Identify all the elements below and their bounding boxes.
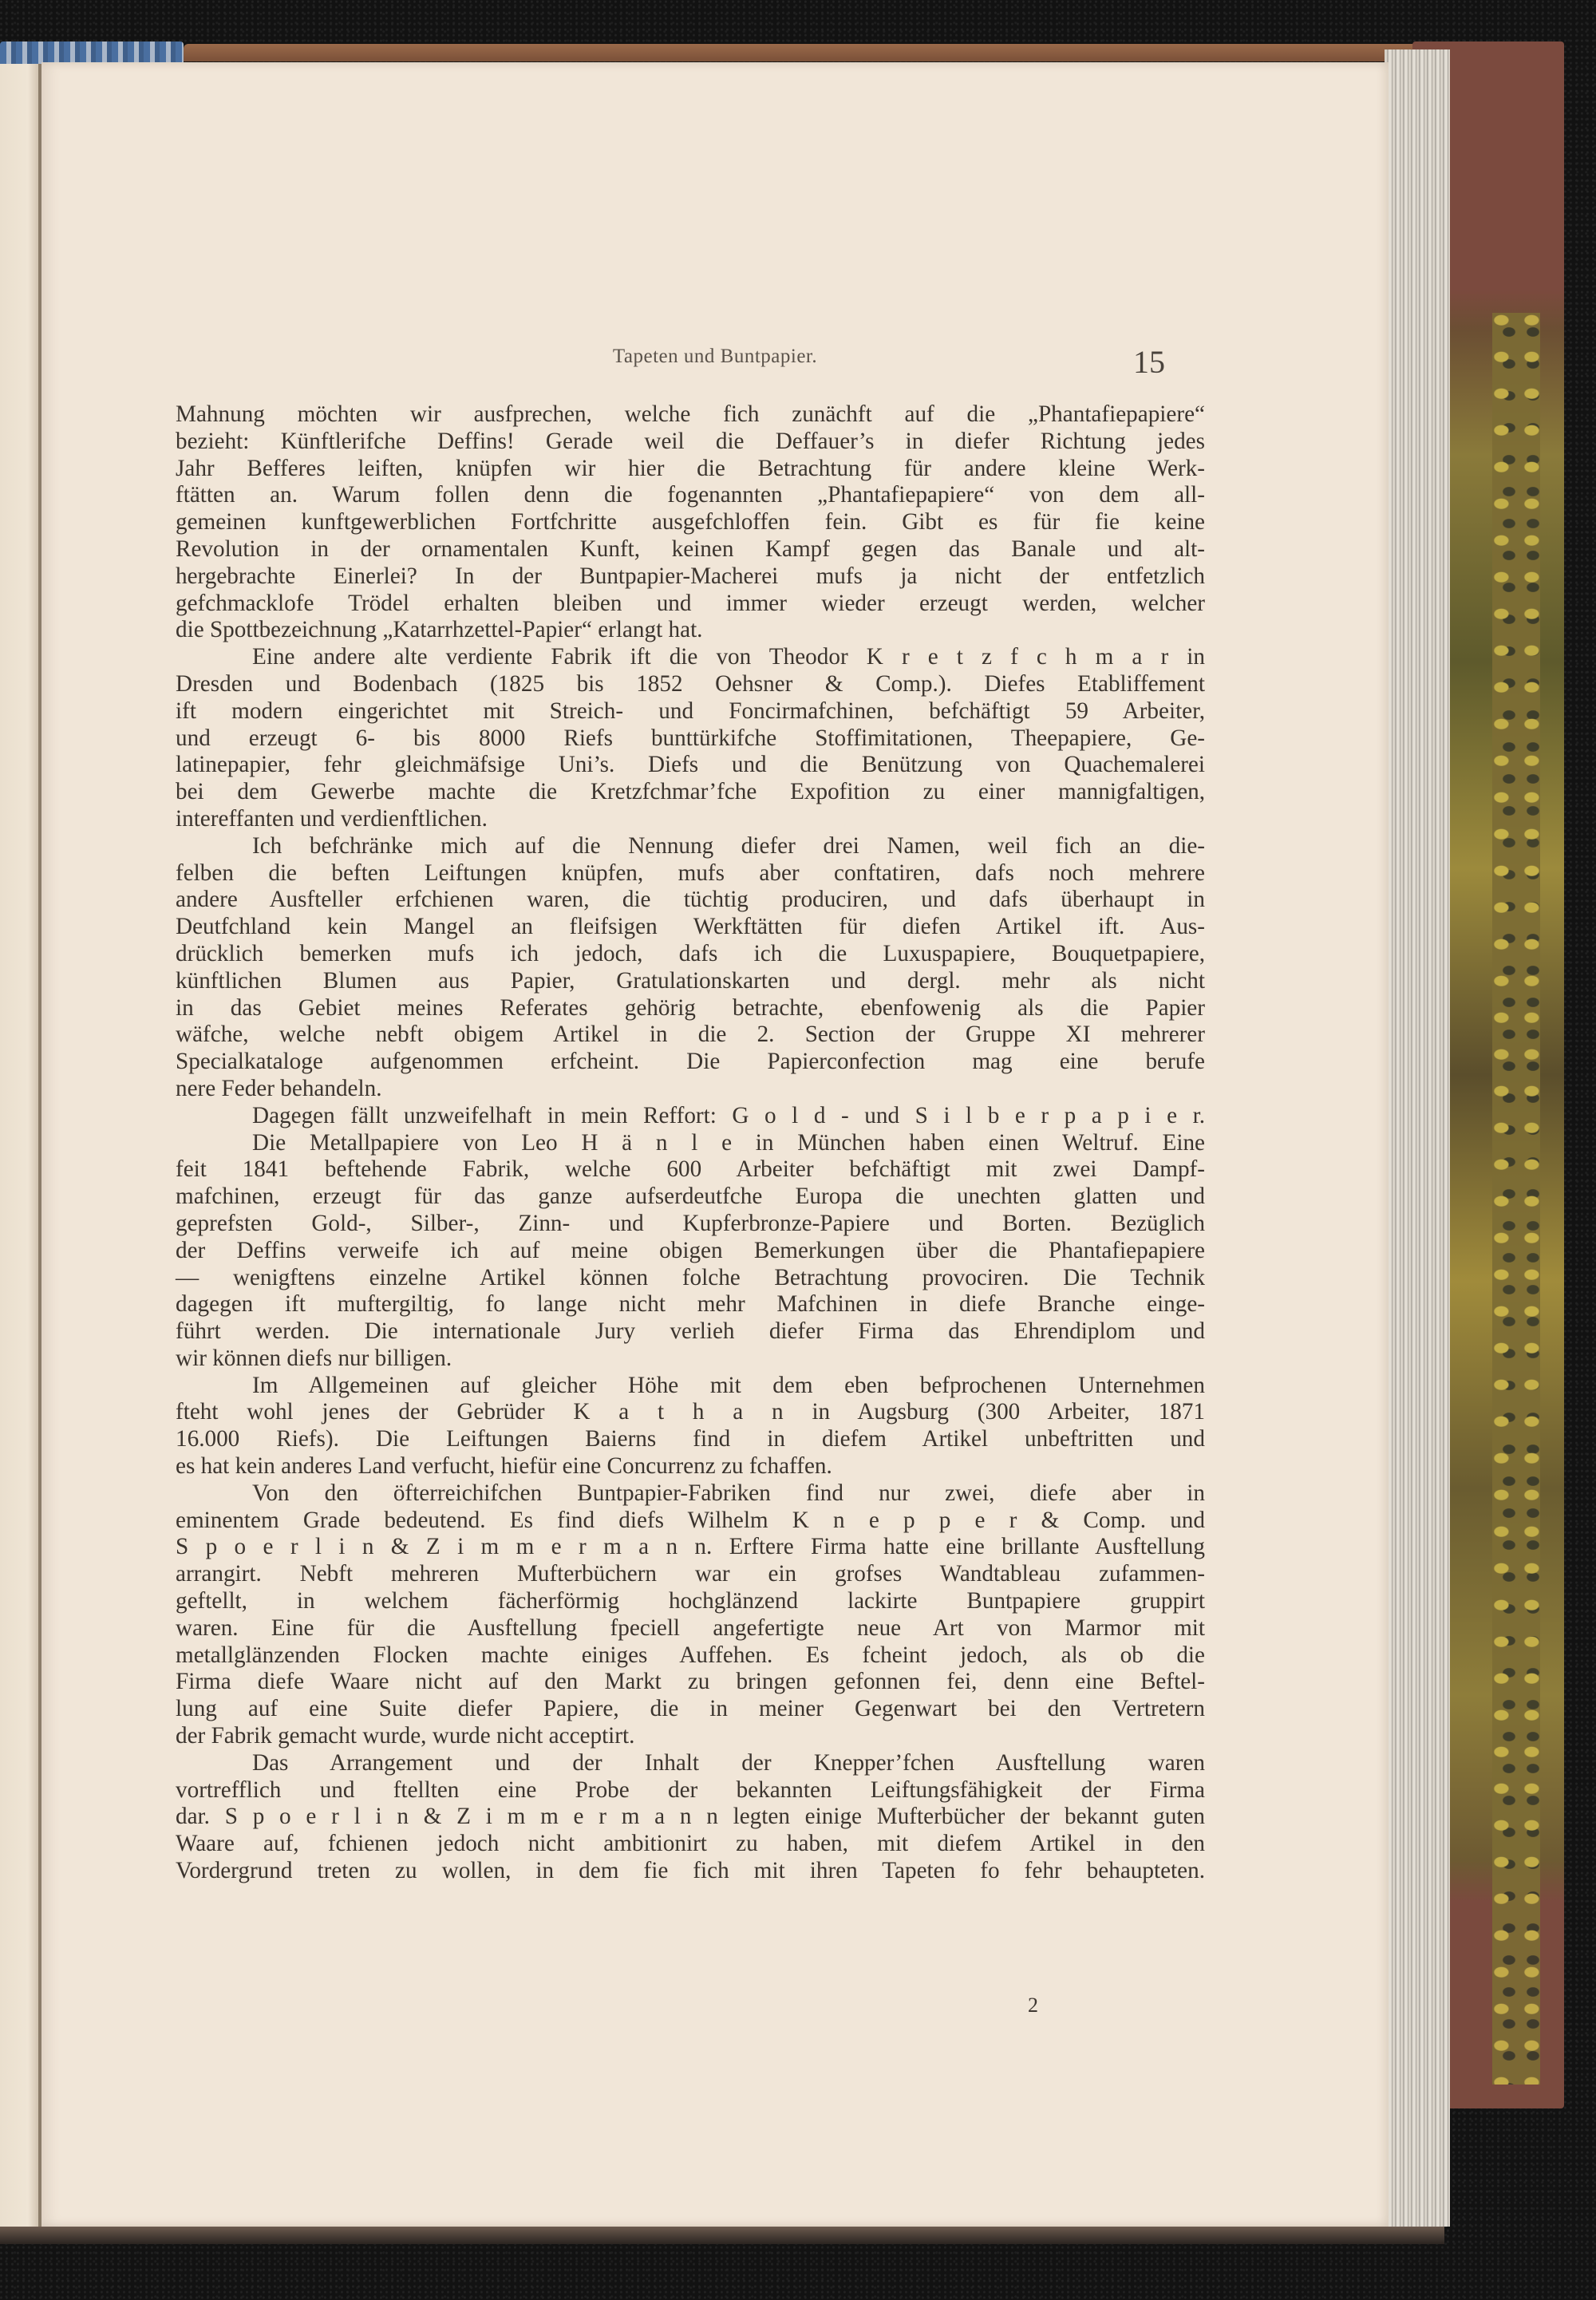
text-line: der Fabrik gemacht wurde, wurde nicht ac… xyxy=(176,1723,1205,1750)
text-line: künftlichen Blumen aus Papier, Gratulati… xyxy=(176,968,1205,995)
text-line: drücklich bemerken mufs ich jedoch, dafs… xyxy=(176,941,1205,968)
text-line: nere Feder behandeln. xyxy=(176,1076,1205,1103)
marbled-pattern xyxy=(1492,313,1540,2085)
text-line: arrangirt. Nebft mehreren Mufterbüchern … xyxy=(176,1561,1205,1588)
text-line: Deutfchland kein Mangel an fleifsigen We… xyxy=(176,914,1205,941)
text-line: ift modern eingerichtet mit Streich- und… xyxy=(176,698,1205,725)
text-line: ftätten an. Warum follen denn die fogena… xyxy=(176,482,1205,509)
text-line: wir können diefs nur billigen. xyxy=(176,1346,1205,1373)
text-line: latinepapier, fehr gleichmäfsige Uni’s. … xyxy=(176,752,1205,779)
text-line: Ich befchränke mich auf die Nennung dief… xyxy=(176,833,1205,860)
text-line: fteht wohl jenes der Gebrüder K a t h a … xyxy=(176,1399,1205,1426)
text-line: dar. S p o e r l i n & Z i m m e r m a n… xyxy=(176,1804,1205,1831)
text-line: mafchinen, erzeugt für das ganze aufserd… xyxy=(176,1184,1205,1211)
signature-mark: 2 xyxy=(1028,1994,1038,2017)
text-line: Dagegen fällt unzweifelhaft in mein Reff… xyxy=(176,1103,1205,1130)
text-line: der Deffins verweife ich auf meine obige… xyxy=(176,1238,1205,1265)
text-line: Jahr Befferes leiften, knüpfen wir hier … xyxy=(176,456,1205,483)
text-line: metallglänzenden Flocken machte einiges … xyxy=(176,1642,1205,1670)
text-line: lung auf eine Suite diefer Papiere, die … xyxy=(176,1696,1205,1723)
text-line: geprefsten Gold-, Silber-, Zinn- und Kup… xyxy=(176,1211,1205,1238)
text-line: Eine andere alte verdiente Fabrik ift di… xyxy=(176,644,1205,671)
running-head: Tapeten und Buntpapier. xyxy=(41,346,1389,368)
text-line: 16.000 Riefs). Die Leiftungen Baierns fi… xyxy=(176,1426,1205,1453)
text-line: feit 1841 beftehende Fabrik, welche 600 … xyxy=(176,1156,1205,1184)
text-line: Specialkataloge aufgenommen erfcheint. D… xyxy=(176,1049,1205,1076)
body-text: Mahnung möchten wir ausfprechen, welche … xyxy=(176,401,1205,1885)
left-facing-page xyxy=(0,64,40,2227)
text-line: die Spottbezeichnung „Katarrhzettel-Papi… xyxy=(176,617,1205,644)
text-line: geftellt, in welchem fächerförmig hochgl… xyxy=(176,1588,1205,1615)
text-line: Die Metallpapiere von Leo H ä n l e in M… xyxy=(176,1130,1205,1157)
text-line: wäfche, welche nebft obigem Artikel in d… xyxy=(176,1022,1205,1049)
text-line: Dresden und Bodenbach (1825 bis 1852 Oeh… xyxy=(176,671,1205,698)
book-page: Tapeten und Buntpapier. 15 Mahnung möcht… xyxy=(41,62,1389,2227)
text-line: intereffanten und verdienftlichen. xyxy=(176,806,1205,833)
bottom-cover-band xyxy=(0,2227,1444,2244)
text-line: gemeinen kunftgewerblichen Fortfchritte … xyxy=(176,509,1205,536)
top-cover-band xyxy=(184,44,1428,61)
text-line: Firma diefe Waare nicht auf den Markt zu… xyxy=(176,1669,1205,1696)
text-line: eminentem Grade bedeutend. Es find diefs… xyxy=(176,1508,1205,1535)
text-line: felben die beften Leiftungen knüpfen, mu… xyxy=(176,860,1205,887)
text-line: und erzeugt 6- bis 8000 Riefs bunttürkif… xyxy=(176,725,1205,753)
text-line: S p o e r l i n & Z i m m e r m a n n. E… xyxy=(176,1534,1205,1561)
text-line: Vordergrund treten zu wollen, in dem fie… xyxy=(176,1858,1205,1885)
text-line: es hat kein anderes Land verfucht, hiefü… xyxy=(176,1453,1205,1480)
text-line: Das Arrangement und der Inhalt der Knepp… xyxy=(176,1750,1205,1777)
page-number: 15 xyxy=(1133,343,1165,381)
text-line: Im Allgemeinen auf gleicher Höhe mit dem… xyxy=(176,1373,1205,1400)
page-block-edges xyxy=(1385,49,1450,2227)
text-line: gefchmacklofe Trödel erhalten bleiben un… xyxy=(176,591,1205,618)
text-line: in das Gebiet meines Referates gehörig b… xyxy=(176,995,1205,1022)
text-line: Revolution in der ornamentalen Kunft, ke… xyxy=(176,536,1205,563)
text-line: waren. Eine für die Ausftellung fpeciell… xyxy=(176,1615,1205,1642)
text-line: Waare auf, fchienen jedoch nicht ambitio… xyxy=(176,1831,1205,1858)
text-line: führt werden. Die internationale Jury ve… xyxy=(176,1318,1205,1346)
text-line: bezieht: Künftlerifche Deffins! Gerade w… xyxy=(176,429,1205,456)
text-line: vortrefflich und ftellten eine Probe der… xyxy=(176,1777,1205,1804)
text-line: andere Ausfteller erfchienen waren, die … xyxy=(176,887,1205,914)
text-line: hergebrachte Einerlei? In der Buntpapier… xyxy=(176,563,1205,591)
left-cover-edge xyxy=(0,41,184,64)
text-line: Mahnung möchten wir ausfprechen, welche … xyxy=(176,401,1205,429)
text-line: bei dem Gewerbe machte die Kretzfchmar’f… xyxy=(176,779,1205,806)
text-line: — wenigftens einzelne Artikel können fol… xyxy=(176,1265,1205,1292)
text-line: Von den öfterreichifchen Buntpapier-Fabr… xyxy=(176,1480,1205,1508)
text-line: dagegen ift muftergiltig, fo lange nicht… xyxy=(176,1291,1205,1318)
